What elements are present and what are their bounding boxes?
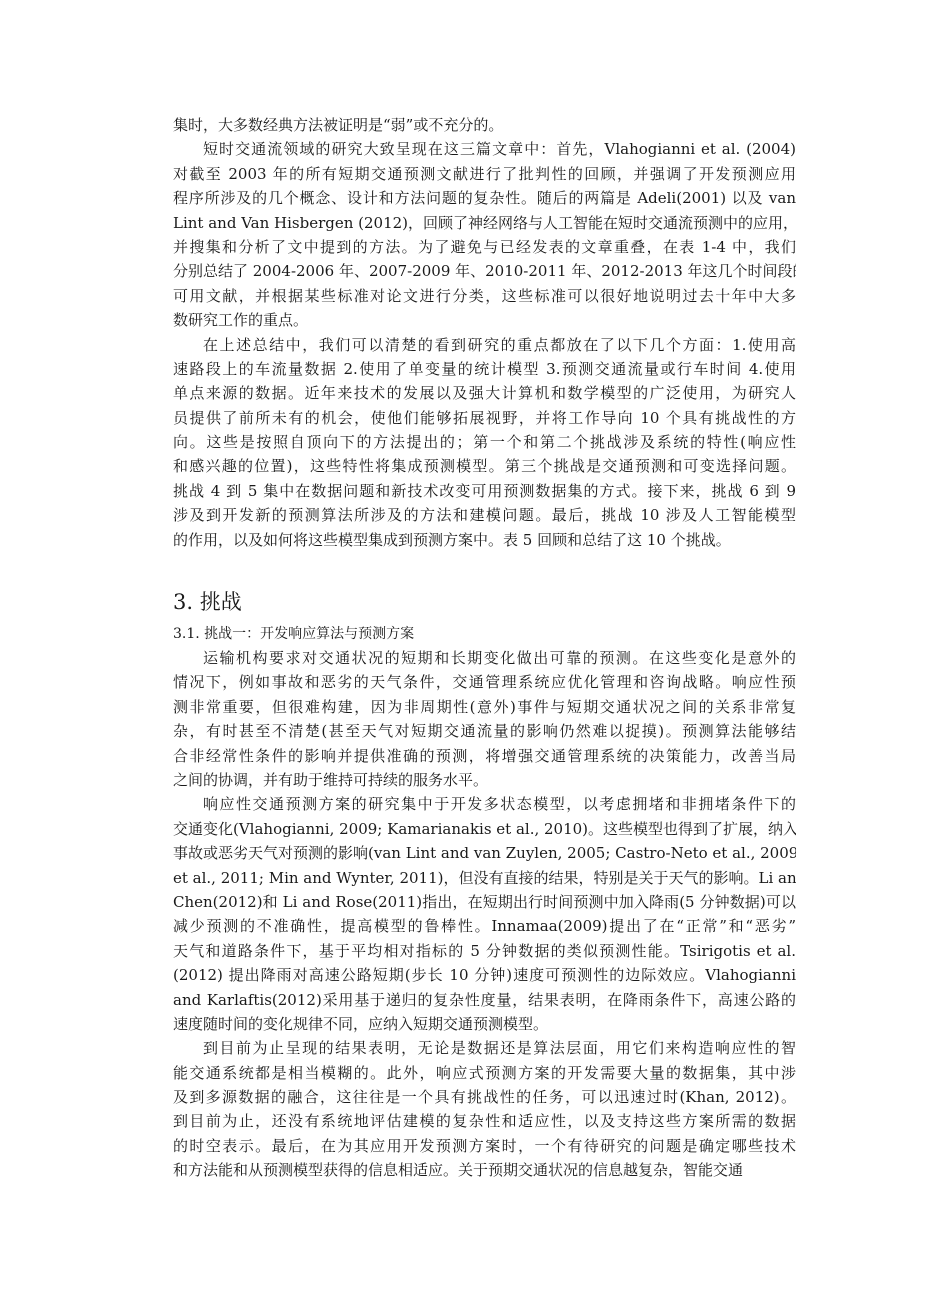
- text-line: 对截至 2003 年的所有短期交通预测文献进行了批判性的回顾，并强调了开发预测应…: [173, 162, 796, 186]
- text-line: 挑战 4 到 5 集中在数据问题和新技术改变可用预测数据集的方式。接下来，挑战 …: [173, 479, 796, 503]
- text-line: (2012) 提出降雨对高速公路短期(步长 10 分钟)速度可预测性的边际效应。…: [173, 963, 796, 987]
- text-line: Chen(2012)和 Li and Rose(2011)指出，在短期出行时间预…: [173, 890, 796, 914]
- text-line: 合非经常性条件的影响并提供准确的预测，将增强交通管理系统的决策能力，改善当局: [173, 744, 796, 768]
- text-line: 向。这些是按照自顶向下的方法提出的；第一个和第二个挑战涉及系统的特性(响应性: [173, 430, 796, 454]
- subsection-heading: 3.1. 挑战一：开发响应算法与预测方案: [173, 622, 796, 646]
- paragraph: 集时，大多数经典方法被证明是“弱”或不充分的。: [173, 113, 796, 137]
- text-line: 并搜集和分析了文中提到的方法。为了避免与已经发表的文章重叠，在表 1-4 中，我…: [173, 235, 796, 259]
- text-line: 杂，有时甚至不清楚(甚至天气对短期交通流量的影响仍然难以捉摸)。预测算法能够结: [173, 719, 796, 743]
- text-line: 程序所涉及的几个概念、设计和方法问题的复杂性。随后的两篇是 Adeli(2001…: [173, 186, 796, 210]
- text-line: 的时空表示。最后，在为其应用开发预测方案时，一个有待研究的问题是确定哪些技术: [173, 1134, 796, 1158]
- text-line: 到目前为止呈现的结果表明，无论是数据还是算法层面，用它们来构造响应性的智: [173, 1036, 796, 1060]
- section-gap: [173, 552, 796, 584]
- text-line: 响应性交通预测方案的研究集中于开发多状态模型，以考虑拥堵和非拥堵条件下的: [173, 792, 796, 816]
- text-line: 在上述总结中，我们可以清楚的看到研究的重点都放在了以下几个方面：1.使用高: [173, 333, 796, 357]
- text-line: 涉及到开发新的预测算法所涉及的方法和建模问题。最后，挑战 10 涉及人工智能模型: [173, 503, 796, 527]
- paragraphs-after: 运输机构要求对交通状况的短期和长期变化做出可靠的预测。在这些变化是意外的情况下，…: [173, 646, 796, 1183]
- text-line: 可用文献，并根据某些标准对论文进行分类，这些标准可以很好地说明过去十年中大多: [173, 284, 796, 308]
- paragraph: 在上述总结中，我们可以清楚的看到研究的重点都放在了以下几个方面：1.使用高速路段…: [173, 333, 796, 553]
- text-line: 之间的协调，并有助于维持可持续的服务水平。: [173, 768, 796, 792]
- text-line: 减少预测的不准确性，提高模型的鲁棒性。Innamaa(2009)提出了在“正常”…: [173, 914, 796, 938]
- text-line: 事故或恶劣天气对预测的影响(van Lint and van Zuylen, 2…: [173, 841, 796, 865]
- text-line: 运输机构要求对交通状况的短期和长期变化做出可靠的预测。在这些变化是意外的: [173, 646, 796, 670]
- text-line: 短时交通流领域的研究大致呈现在这三篇文章中：首先，Vlahogianni et …: [173, 137, 796, 161]
- text-line: 到目前为止，还没有系统地评估建模的复杂性和适应性，以及支持这些方案所需的数据: [173, 1109, 796, 1133]
- text-line: 集时，大多数经典方法被证明是“弱”或不充分的。: [173, 113, 796, 137]
- text-line: et al., 2011; Min and Wynter, 2011)，但没有直…: [173, 866, 796, 890]
- text-line: Lint and Van Hisbergen (2012)，回顾了神经网络与人工…: [173, 211, 796, 235]
- text-line: 测非常重要，但很难构建，因为非周期性(意外)事件与短期交通状况之间的关系非常复: [173, 695, 796, 719]
- text-line: 速路段上的车流量数据 2.使用了单变量的统计模型 3.预测交通流量或行车时间 4…: [173, 357, 796, 381]
- paragraph: 响应性交通预测方案的研究集中于开发多状态模型，以考虑拥堵和非拥堵条件下的交通变化…: [173, 792, 796, 1036]
- text-line: 的作用，以及如何将这些模型集成到预测方案中。表 5 回顾和总结了这 10 个挑战…: [173, 528, 796, 552]
- text-line: 和感兴趣的位置)，这些特性将集成预测模型。第三个挑战是交通预测和可变选择问题。: [173, 454, 796, 478]
- text-line: 速度随时间的变化规律不同，应纳入短期交通预测模型。: [173, 1012, 796, 1036]
- text-line: 情况下，例如事故和恶劣的天气条件，交通管理系统应优化管理和咨询战略。响应性预: [173, 670, 796, 694]
- section-heading: 3. 挑战: [173, 584, 796, 620]
- paragraph: 运输机构要求对交通状况的短期和长期变化做出可靠的预测。在这些变化是意外的情况下，…: [173, 646, 796, 792]
- text-line: 交通变化(Vlahogianni, 2009; Kamarianakis et …: [173, 817, 796, 841]
- text-line: and Karlaftis(2012)采用基于递归的复杂性度量，结果表明，在降雨…: [173, 988, 796, 1012]
- text-line: 和方法能和从预测模型获得的信息相适应。关于预期交通状况的信息越复杂，智能交通: [173, 1158, 796, 1182]
- text-line: 能交通系统都是相当模糊的。此外，响应式预测方案的开发需要大量的数据集，其中涉: [173, 1061, 796, 1085]
- paragraphs-before: 集时，大多数经典方法被证明是“弱”或不充分的。短时交通流领域的研究大致呈现在这三…: [173, 113, 796, 552]
- text-line: 数研究工作的重点。: [173, 308, 796, 332]
- text-line: 单点来源的数据。近年来技术的发展以及强大计算机和数学模型的广泛使用，为研究人: [173, 381, 796, 405]
- text-line: 及到多源数据的融合，这往往是一个具有挑战性的任务，可以迅速过时(Khan, 20…: [173, 1085, 796, 1109]
- text-line: 天气和道路条件下，基于平均相对指标的 5 分钟数据的类似预测性能。Tsirigo…: [173, 939, 796, 963]
- paragraph: 到目前为止呈现的结果表明，无论是数据还是算法层面，用它们来构造响应性的智能交通系…: [173, 1036, 796, 1182]
- document-page: 集时，大多数经典方法被证明是“弱”或不充分的。短时交通流领域的研究大致呈现在这三…: [173, 113, 796, 1183]
- text-line: 分别总结了 2004-2006 年、2007-2009 年、2010-2011 …: [173, 259, 796, 283]
- paragraph: 短时交通流领域的研究大致呈现在这三篇文章中：首先，Vlahogianni et …: [173, 137, 796, 332]
- text-line: 员提供了前所未有的机会，使他们能够拓展视野，并将工作导向 10 个具有挑战性的方: [173, 406, 796, 430]
